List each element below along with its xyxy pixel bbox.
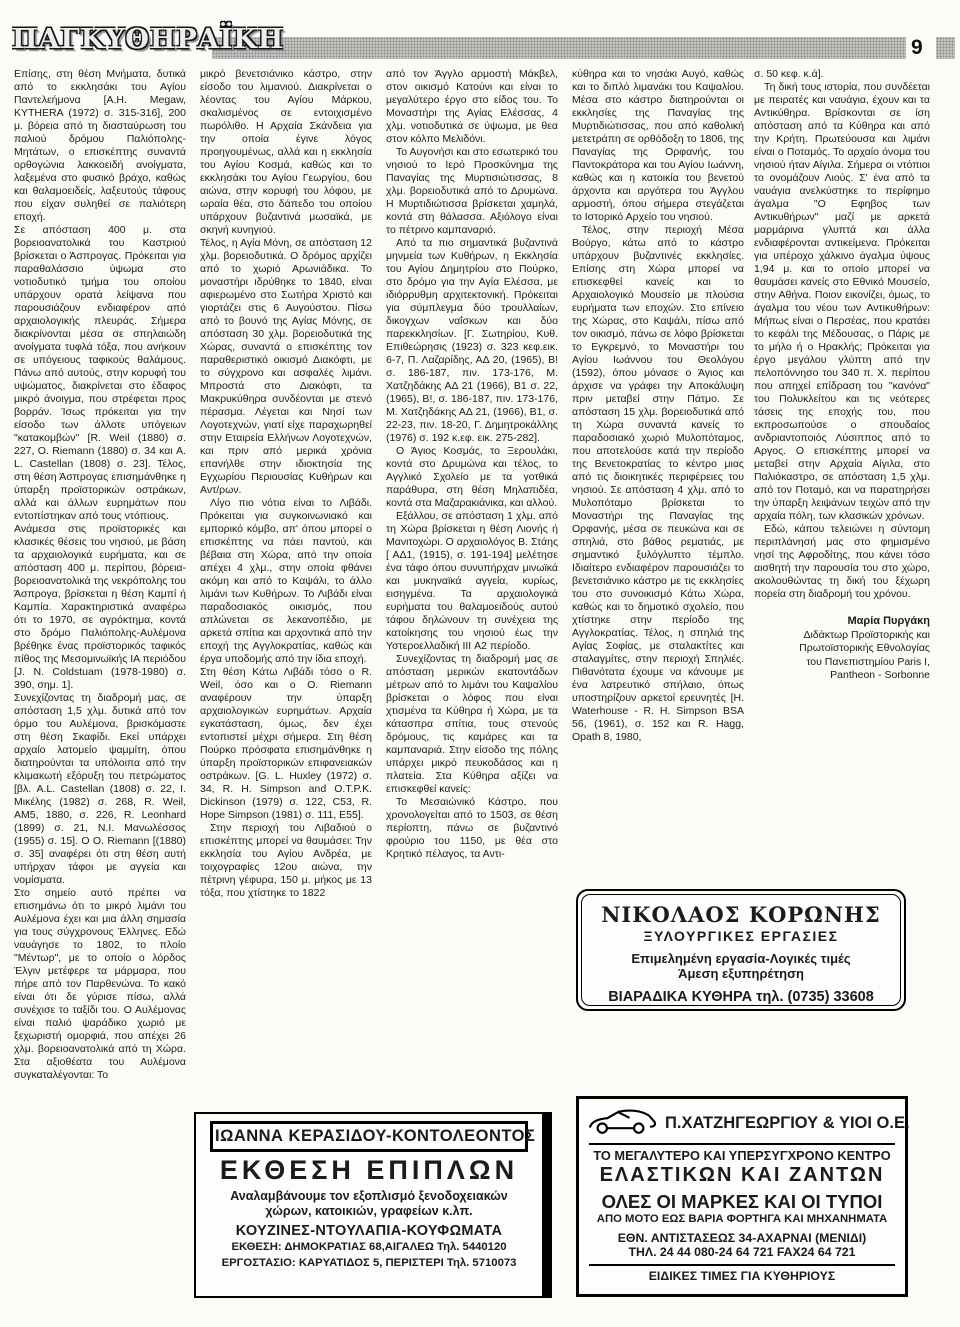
paragraph: Επίσης, στη θέση Μνήματα, δυτικά από το … <box>14 68 186 224</box>
carpentry-line: Άμεση εξυπηρέτηση <box>582 966 900 981</box>
author-block: Μαρία Πυργάκη Διδάκτωρ Προϊστορικής και … <box>754 615 930 683</box>
paragraph: Εδώ, κάπου τελειώνει η σύντομη περιπλάνη… <box>754 523 930 601</box>
paragraph: Τέλος, στην περιοχή Μέσα Βούργο, κάτω απ… <box>572 224 744 744</box>
author-title-line: Πρωτοϊστορικής Εθνολογίας <box>754 642 930 656</box>
tires-phone: ΤΗΛ. 24 44 080-24 64 721 FAX24 64 721 <box>587 1245 897 1259</box>
author-title-line: Pantheon - Sorbonne <box>754 669 930 683</box>
paragraph: Στο σημείο αυτό πρέπει να επισημάνω ότι … <box>14 887 186 1082</box>
paragraph: Το Μεσαιώνικό Κάστρο, που χρονολογείται … <box>386 796 558 861</box>
paragraph: κύθηρα και το νησάκι Αυγό, καθώς και το … <box>572 68 744 224</box>
furniture-products: ΚΟΥΖΙΝΕΣ-ΝΤΟΥΛΑΠΙΑ-ΚΟΥΦΩΜΑΤΑ <box>196 1223 542 1239</box>
tires-line: ΟΛΕΣ ΟΙ ΜΑΡΚΕΣ ΚΑΙ ΟΙ ΤΥΠΟΙ <box>587 1191 897 1213</box>
car-icon <box>587 1106 659 1141</box>
furniture-address: ΕΡΓΟΣΤΑΣΙΟ: ΚΑΡΥΑΤΙΔΟΣ 5, ΠΕΡΙΣΤΕΡΙ Τηλ.… <box>196 1257 542 1271</box>
article-column-1: Επίσης, στη θέση Μνήματα, δυτικά από το … <box>14 68 186 1306</box>
paragraph: Λίγο πιο νότια είναι το Λιβάδι. Πρόκειτα… <box>200 497 372 666</box>
carpentry-name: ΝΙΚΟΛΑΟΣ ΚΟΡΩΝΗΣ <box>582 902 900 927</box>
tires-headline: ΕΛΑΣΤΙΚΩΝ ΚΑΙ ΖΑΝΤΩΝ <box>587 1164 897 1187</box>
paragraph: Ανάμεσα στις προϊστορικές και κλασικές θ… <box>14 523 186 692</box>
paragraph: Σε απόσταση 400 μ. στα βορειοανατολικά τ… <box>14 224 186 523</box>
tires-divider <box>589 1143 895 1145</box>
author-title-line: του Πανεπιστημίου Paris I, <box>754 656 930 670</box>
paragraph: Από τα πιο σημαντικά βυζαντινά μηνμεία τ… <box>386 237 558 445</box>
paragraph: Ο Άγιος Κοσμάς, το Ξερουλάκι, κοντά στο … <box>386 445 558 510</box>
tires-divider <box>589 1264 895 1266</box>
paragraph: Εξάλλου, σε απόσταση 1 χλμ. από τη Χώρα … <box>386 510 558 653</box>
article-column-3: από τον Άγγλο αρμοστή Μάκβελ, στον οικισ… <box>386 68 558 1106</box>
furniture-owner: ΙΩΑΝΝΑ ΚΕΡΑΣΙΔΟΥ-ΚΟΝΤΟΛΕΟΝΤΟΣ <box>210 1121 528 1152</box>
paragraph: μικρό βενετσιάνικο κάστρο, στην είσοδο τ… <box>200 68 372 237</box>
page-number: 9 <box>911 36 923 60</box>
author-name: Μαρία Πυργάκη <box>754 615 930 629</box>
paragraph: Τέλος, η Αγία Μόνη, σε απόσταση 12 χλμ. … <box>200 237 372 497</box>
paragraph: Συνεχίζοντας τη διαδρομή μας, σε απόστασ… <box>14 692 186 887</box>
author-title-line: Διδάκτωρ Προϊστορικής και <box>754 629 930 643</box>
tires-line: ΑΠΟ ΜΟΤΟ ΕΩΣ ΒΑΡΙΑ ΦΟΡΤΗΓΑ ΚΑΙ ΜΗΧΑΝΗΜΑΤ… <box>587 1213 897 1225</box>
tires-header-row: Π.ΧΑΤΖΗΓΕΩΡΓΙΟΥ & ΥΙΟΙ Ο.Ε. <box>587 1106 897 1141</box>
furniture-body: Αναλαμβάνουμε τον εξοπλισμό ξενοδοχειακώ… <box>214 1189 524 1218</box>
ad-carpentry: ΝΙΚΟΛΑΟΣ ΚΟΡΩΝΗΣ ΞΥΛΟΥΡΓΙΚΕΣ ΕΡΓΑΣΙΕΣ Επ… <box>576 889 906 1011</box>
ad-carpentry-frame: ΝΙΚΟΛΑΟΣ ΚΟΡΩΝΗΣ ΞΥΛΟΥΡΓΙΚΕΣ ΕΡΓΑΣΙΕΣ Επ… <box>581 894 901 1006</box>
paragraph: Τη δική τους ιστορία, που συνδέεται με π… <box>754 81 930 523</box>
newspaper-page: ΠΑΓΚΥΘΗΡΑΪΚΗ 9 Επίσης, στη θέση Μνήματα,… <box>0 0 960 1327</box>
article-column-4: κύθηρα και το νησάκι Αυγό, καθώς και το … <box>572 68 744 882</box>
tires-address: ΕΘΝ. ΑΝΤΙΣΤΑΣΕΩΣ 34-ΑΧΑΡΝΑΙ (ΜΕΝΙΔΙ) <box>587 1231 897 1245</box>
paragraph: σ. 50 κεφ. κ.ά]. <box>754 68 930 81</box>
carpentry-line: Επιμελημένη εργασία-Λογικές τιμές <box>582 951 900 966</box>
furniture-address: ΕΚΘΕΣΗ: ΔΗΜΟΚΡΑΤΙΑΣ 68,ΑΙΓΑΛΕΩ Τηλ. 5440… <box>196 1241 542 1255</box>
tires-footer: ΕΙΔΙΚΕΣ ΤΙΜΕΣ ΓΙΑ ΚΥΘΗΡΙΟΥΣ <box>587 1269 897 1283</box>
furniture-title: ΕΚΘΕΣΗ ΕΠΙΠΛΩΝ <box>196 1155 542 1186</box>
masthead-title: ΠΑΓΚΥΘΗΡΑΪΚΗ <box>12 24 284 55</box>
carpentry-trade: ΞΥΛΟΥΡΓΙΚΕΣ ΕΡΓΑΣΙΕΣ <box>582 928 900 944</box>
article-column-2: μικρό βενετσιάνικο κάστρο, στην είσοδο τ… <box>200 68 372 1106</box>
ad-tires: Π.ΧΑΤΖΗΓΕΩΡΓΙΟΥ & ΥΙΟΙ Ο.Ε. ΤΟ ΜΕΓΑΛΥΤΕΡ… <box>576 1096 908 1297</box>
masthead-halftone-bar <box>212 37 906 59</box>
tires-tagline: ΤΟ ΜΕΓΑΛΥΤΕΡΟ ΚΑΙ ΥΠΕΡΣΥΓΧΡΟΝΟ ΚΕΝΤΡΟ <box>587 1148 897 1163</box>
paragraph: Το Αυγονήσι και στο εσωτερικό του νησιού… <box>386 146 558 237</box>
tires-company: Π.ΧΑΤΖΗΓΕΩΡΓΙΟΥ & ΥΙΟΙ Ο.Ε. <box>665 1114 910 1133</box>
ad-furniture: ΙΩΑΝΝΑ ΚΕΡΑΣΙΔΟΥ-ΚΟΝΤΟΛΕΟΝΤΟΣ ΕΚΘΕΣΗ ΕΠΙ… <box>194 1112 552 1298</box>
article-column-5: σ. 50 κεφ. κ.ά]. Τη δική τους ιστορία, π… <box>754 68 930 882</box>
carpentry-contact: ΒΙΑΡΑΔΙΚΑ ΚΥΘΗΡΑ τηλ. (0735) 33608 <box>582 989 900 1005</box>
paragraph: Στη θέση Κάτω Λιβάδι τόσο ο R. Weil, όσο… <box>200 666 372 822</box>
paragraph: Συνεχίζοντας τη διαδρομή μας σε απόσταση… <box>386 653 558 796</box>
paragraph: Στην περιοχή του Λιβαδιού ο επισκέπτης μ… <box>200 822 372 900</box>
masthead-corner-block <box>936 37 955 59</box>
paragraph: από τον Άγγλο αρμοστή Μάκβελ, στον οικισ… <box>386 68 558 146</box>
